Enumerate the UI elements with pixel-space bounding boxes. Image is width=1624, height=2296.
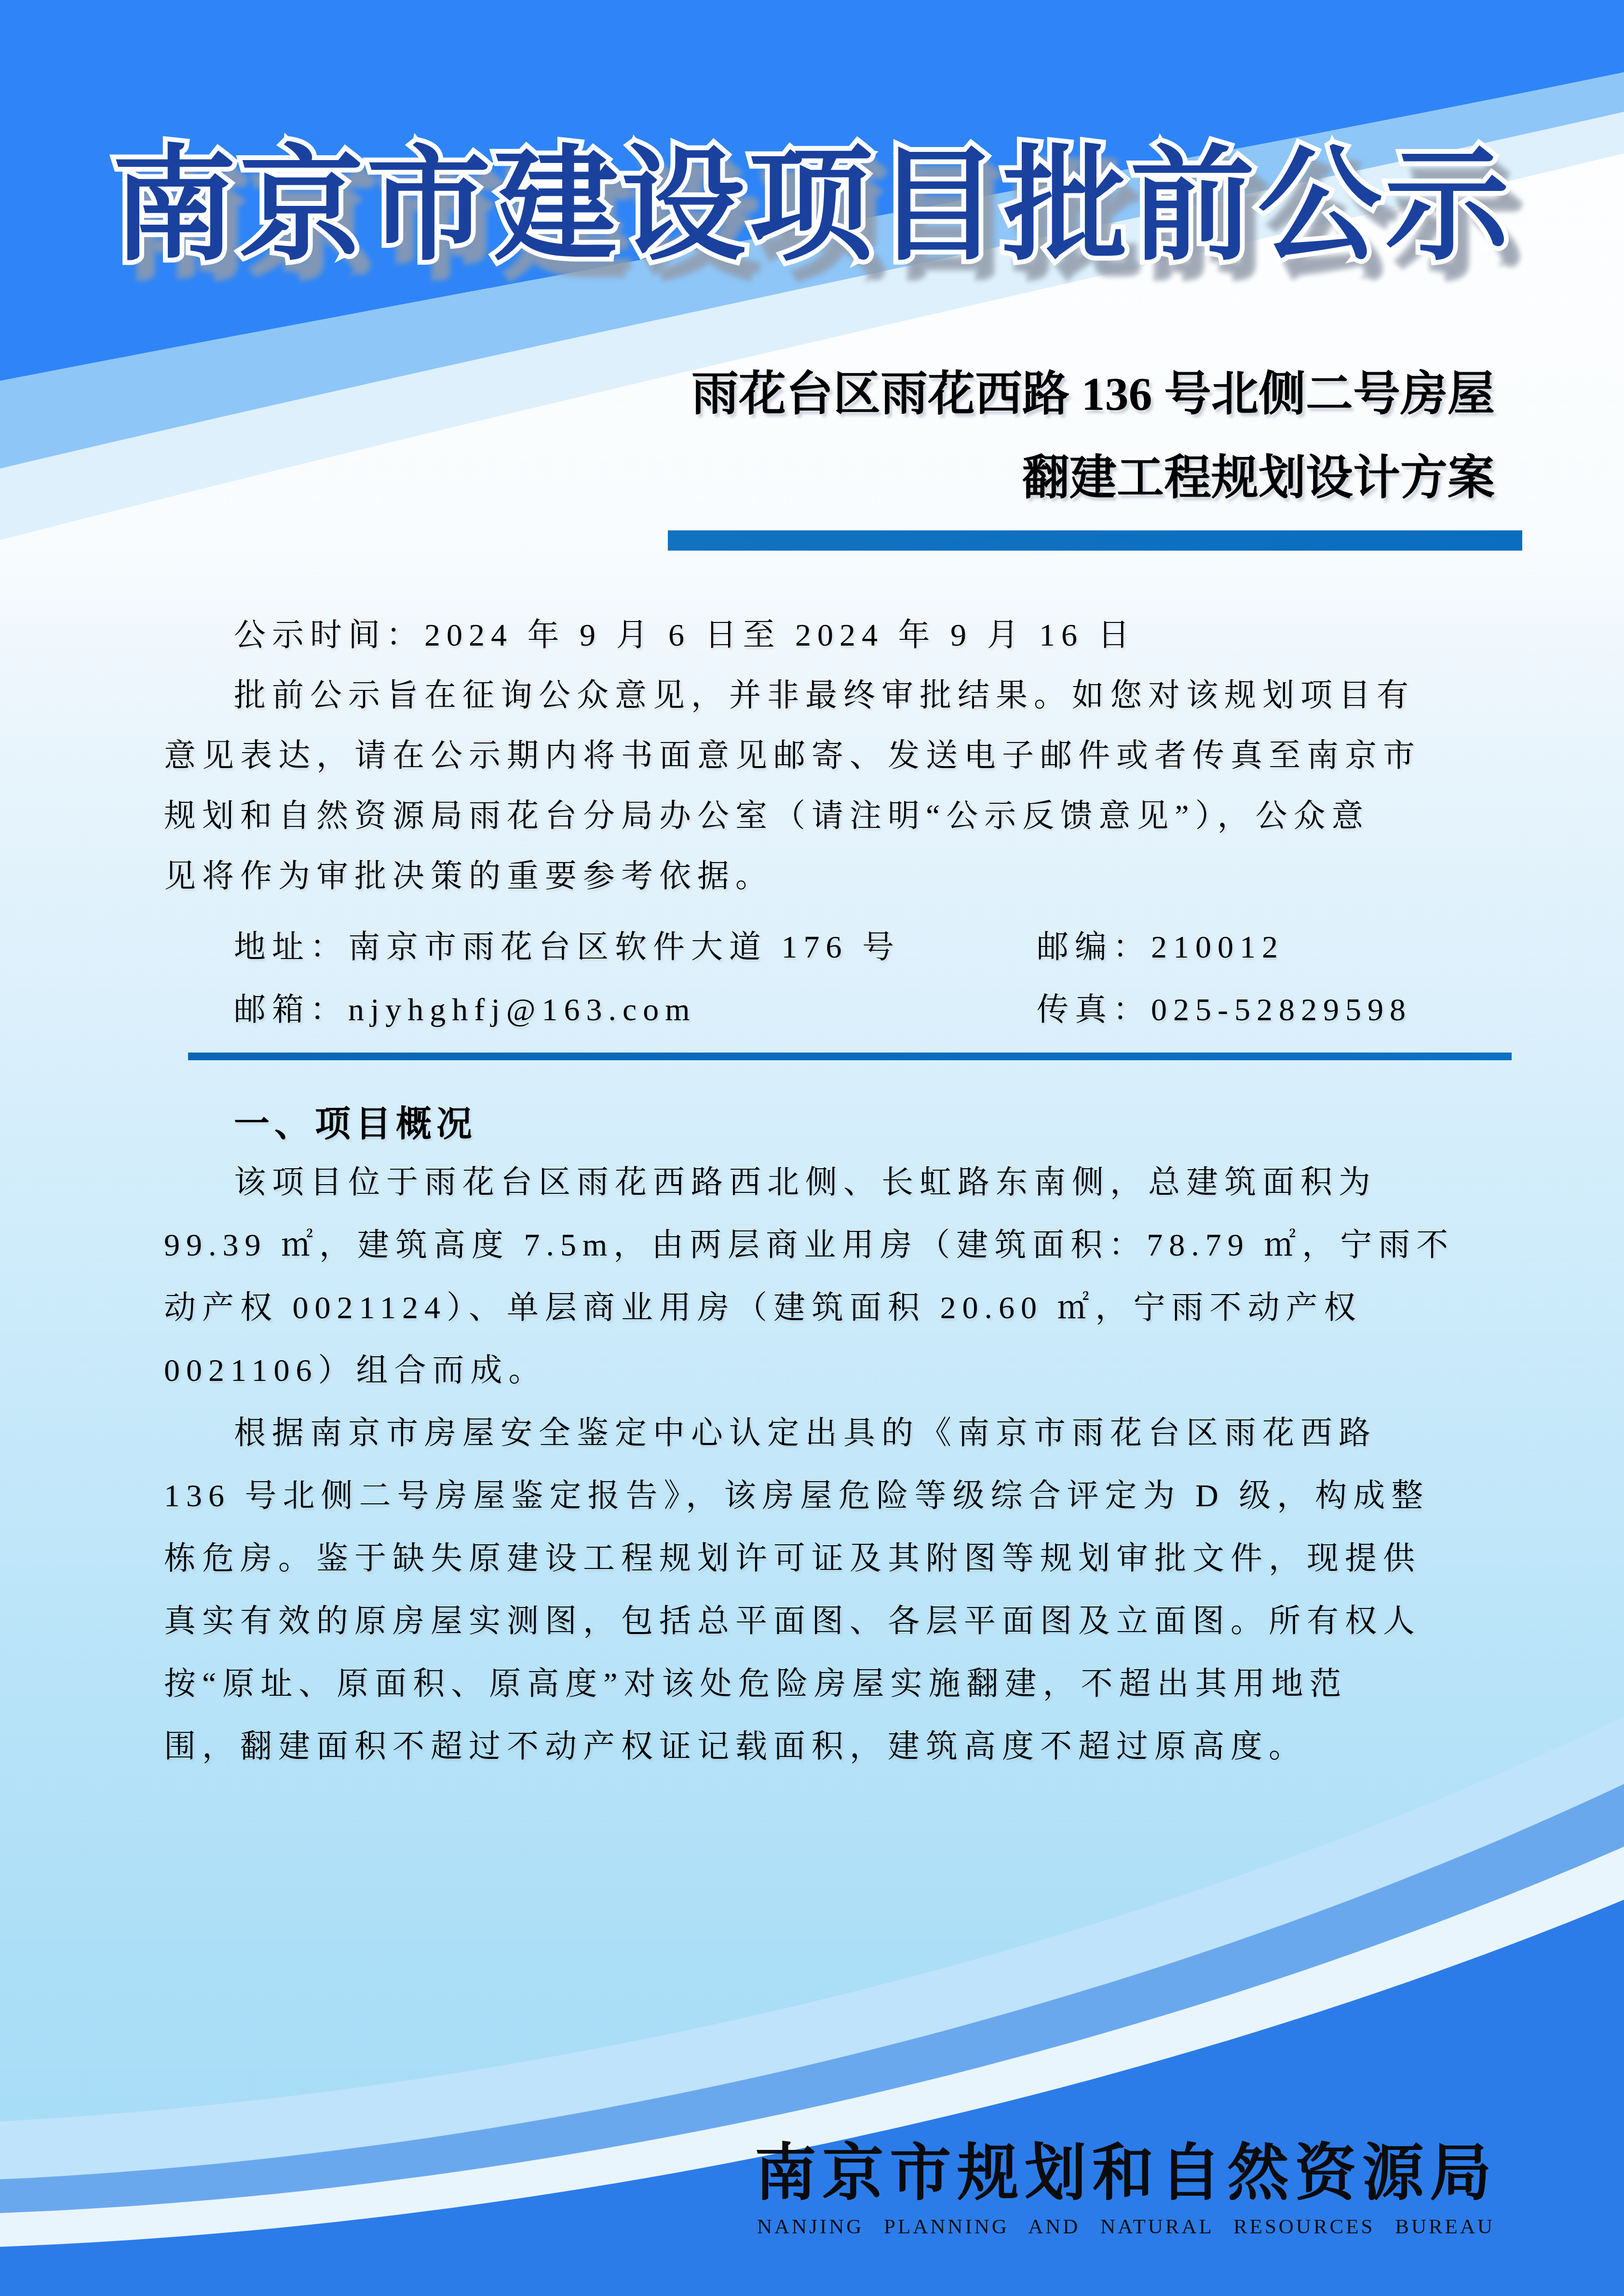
notice-line: 公示时间：2024 年 9 月 6 日至 2024 年 9 月 16 日	[164, 605, 1504, 665]
banner-title-text: 南京市建设项目批前公示	[0, 129, 1624, 284]
notice-poster: 南京市建设项目批前公示 南京市建设项目批前公示 南京市建设项目批前公示 雨花台区…	[0, 0, 1624, 2296]
section-heading: 一、项目概况	[234, 1095, 477, 1147]
project-subtitle: 雨花台区雨花西路 136 号北侧二号房屋 翻建工程规划设计方案	[434, 367, 1495, 505]
contact-row-address: 地址：南京市雨花台区软件大道 176 号 邮编：210012	[164, 917, 1504, 977]
paragraph-line: 真实有效的原房屋实测图，包括总平面图、各层平面图及立面图。所有权人	[164, 1590, 1504, 1653]
notice-line: 意见表达，请在公示期内将书面意见邮寄、发送电子邮件或者传真至南京市	[164, 726, 1504, 786]
bureau-name-en: NANJING PLANNING AND NATURAL RESOURCES B…	[646, 2215, 1606, 2239]
paragraph-line: 栋危房。鉴于缺失原建设工程规划许可证及其附图等规划审批文件，现提供	[164, 1527, 1504, 1590]
banner-title: 南京市建设项目批前公示 南京市建设项目批前公示 南京市建设项目批前公示	[0, 129, 1624, 293]
paragraph-line: 0021106）组合而成。	[164, 1339, 1504, 1402]
paragraph-line: 136 号北侧二号房屋鉴定报告》，该房屋危险等级综合评定为 D 级，构成整	[164, 1465, 1504, 1527]
footer-bureau: 南京市规划和自然资源局 NANJING PLANNING AND NATURAL…	[646, 2140, 1606, 2239]
section-divider-line	[188, 1053, 1512, 1060]
contact-address: 地址：南京市雨花台区软件大道 176 号	[234, 917, 900, 977]
project-overview-paragraph-1: 该项目位于雨花台区雨花西路西北侧、长虹路东南侧，总建筑面积为 99.39 ㎡，建…	[164, 1151, 1504, 1402]
notice-line: 见将作为审批决策的重要参考依据。	[164, 846, 1504, 906]
subtitle-underline-bar	[668, 530, 1522, 551]
subtitle-line2: 翻建工程规划设计方案	[434, 451, 1495, 505]
bureau-name-cn: 南京市规划和自然资源局	[646, 2140, 1606, 2207]
notice-line: 规划和自然资源局雨花台分局办公室（请注明“公示反馈意见”），公众意	[164, 786, 1504, 846]
paragraph-line: 动产权 0021124）、单层商业用房（建筑面积 20.60 ㎡，宁雨不动产权	[164, 1277, 1504, 1339]
paragraph-line: 该项目位于雨花台区雨花西路西北侧、长虹路东南侧，总建筑面积为	[164, 1151, 1504, 1214]
paragraph-line: 围，翻建面积不超过不动产权证记载面积，建筑高度不超过原高度。	[164, 1715, 1504, 1778]
notice-paragraph: 公示时间：2024 年 9 月 6 日至 2024 年 9 月 16 日 批前公…	[164, 605, 1504, 906]
project-overview-paragraph-2: 根据南京市房屋安全鉴定中心认定出具的《南京市雨花台区雨花西路 136 号北侧二号…	[164, 1402, 1504, 1778]
contact-fax: 传真：025-52829598	[1037, 980, 1412, 1040]
contact-row-email: 邮箱：njyhghfj@163.com 传真：025-52829598	[164, 980, 1504, 1040]
notice-line: 批前公示旨在征询公众意见，并非最终审批结果。如您对该规划项目有	[164, 665, 1504, 726]
paragraph-line: 按“原址、原面积、原高度”对该处危险房屋实施翻建，不超出其用地范	[164, 1653, 1504, 1715]
paragraph-line: 99.39 ㎡，建筑高度 7.5m，由两层商业用房（建筑面积：78.79 ㎡，宁…	[164, 1214, 1504, 1277]
contact-email: 邮箱：njyhghfj@163.com	[234, 980, 696, 1040]
subtitle-line1: 雨花台区雨花西路 136 号北侧二号房屋	[434, 367, 1495, 421]
contact-postcode: 邮编：210012	[1037, 917, 1284, 977]
paragraph-line: 根据南京市房屋安全鉴定中心认定出具的《南京市雨花台区雨花西路	[164, 1402, 1504, 1465]
